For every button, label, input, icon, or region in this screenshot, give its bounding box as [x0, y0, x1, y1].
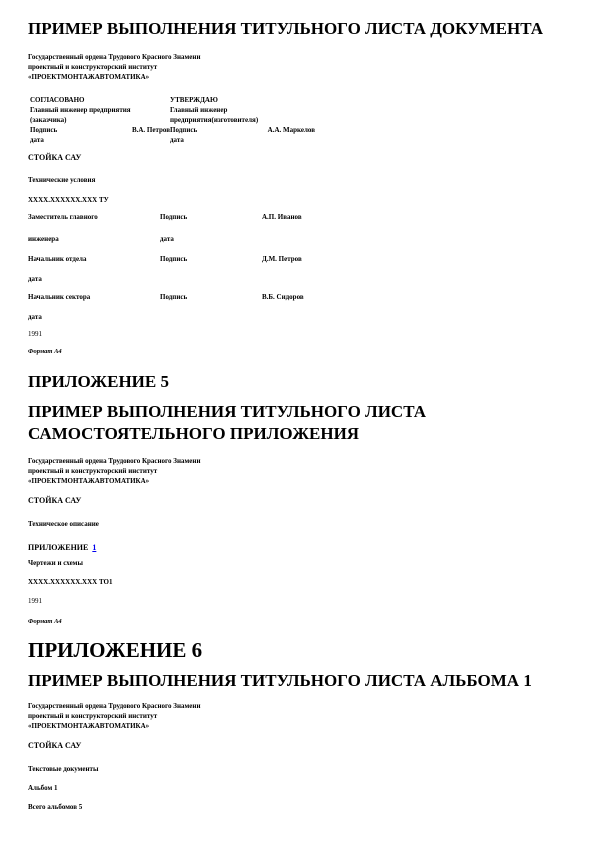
signer-role: Начальник сектора — [28, 293, 90, 301]
agreed-role-line: (заказчика) — [30, 115, 170, 125]
date-label: дата — [170, 135, 315, 145]
appendix5-heading: ПРИЛОЖЕНИЕ 5 — [28, 371, 169, 392]
date-label: дата — [28, 275, 42, 283]
appendix-number-link[interactable]: 1 — [92, 543, 96, 552]
appendix6-heading: ПРИЛОЖЕНИЕ 6 — [28, 638, 202, 663]
signer-role: инженера — [28, 235, 59, 243]
section1-title: ПРИМЕР ВЫПОЛНЕНИЯ ТИТУЛЬНОГО ЛИСТА ДОКУМ… — [28, 18, 543, 39]
doc-code: ХХХХ.ХХХХХХ.ХХХ ТО1 — [28, 577, 113, 587]
date-label: дата — [160, 235, 174, 243]
document-page: ПРИМЕР ВЫПОЛНЕНИЯ ТИТУЛЬНОГО ЛИСТА ДОКУМ… — [0, 0, 595, 842]
appendix-label: ПРИЛОЖЕНИЕ — [28, 543, 88, 552]
agreed-sign-line: Подпись В.А. Петров — [30, 125, 170, 135]
agreed-header: СОГЛАСОВАНО — [30, 95, 170, 105]
institute-line: Государственный ордена Трудового Красног… — [28, 701, 200, 711]
date-label: дата — [30, 135, 170, 145]
year: 1991 — [28, 330, 42, 338]
sign-label: Подпись — [30, 125, 57, 135]
product-name: СТОЙКА САУ — [28, 153, 81, 162]
signer-name: А.П. Иванов — [262, 213, 302, 221]
doc-code: ХХХХ.ХХХХХХ.ХХХ ТУ — [28, 195, 109, 205]
approved-name: А.А. Маркелов — [268, 125, 315, 135]
institute-line: проектный и конструкторский институт — [28, 62, 200, 72]
format-note: Формат А4 — [28, 618, 62, 625]
sign-label: Подпись — [160, 293, 187, 301]
approved-header: УТВЕРЖДАЮ — [170, 95, 315, 105]
contents-note: Чертежи и схемы — [28, 558, 83, 568]
doc-type: Техническое описание — [28, 519, 99, 529]
sign-label: Подпись — [160, 213, 187, 221]
section3-title: ПРИМЕР ВЫПОЛНЕНИЯ ТИТУЛЬНОГО ЛИСТА АЛЬБО… — [28, 670, 532, 691]
institute-line: «ПРОЕКТМОНТАЖАВТОМАТИКА» — [28, 72, 200, 82]
sign-label: Подпись — [160, 255, 187, 263]
albums-total: Всего альбомов 5 — [28, 802, 82, 812]
section1-institute: Государственный ордена Трудового Красног… — [28, 52, 200, 82]
date-label: дата — [28, 313, 42, 321]
institute-line: проектный и конструкторский институт — [28, 466, 200, 476]
product-name: СТОЙКА САУ — [28, 741, 81, 750]
album-number: Альбом 1 — [28, 783, 57, 793]
agreed-block: СОГЛАСОВАНО Главный инженер предприятия … — [30, 95, 170, 145]
approved-block: УТВЕРЖДАЮ Главный инженер предприятия(из… — [170, 95, 315, 145]
agreed-name: В.А. Петров — [132, 125, 170, 135]
format-note: Формат А4 — [28, 348, 62, 355]
signer-role: Заместитель главного — [28, 213, 98, 221]
signature-row: Начальник отдела Подпись Д.М. Петров — [0, 255, 595, 265]
signer-name: Д.М. Петров — [262, 255, 302, 263]
agreed-role-line: Главный инженер предприятия — [30, 105, 170, 115]
signature-row: Начальник сектора Подпись В.Б. Сидоров — [0, 293, 595, 303]
institute-line: Государственный ордена Трудового Красног… — [28, 456, 200, 466]
signature-row: дата — [0, 275, 595, 285]
signature-row: дата — [0, 313, 595, 323]
institute-line: Государственный ордена Трудового Красног… — [28, 52, 200, 62]
signature-row: Заместитель главного Подпись А.П. Иванов — [0, 213, 595, 223]
signer-name: В.Б. Сидоров — [262, 293, 304, 301]
section3-institute: Государственный ордена Трудового Красног… — [28, 701, 200, 731]
section2-institute: Государственный ордена Трудового Красног… — [28, 456, 200, 486]
contents-note: Текстовые документы — [28, 764, 98, 774]
institute-line: проектный и конструкторский институт — [28, 711, 200, 721]
signature-row: инженера дата — [0, 235, 595, 245]
institute-line: «ПРОЕКТМОНТАЖАВТОМАТИКА» — [28, 721, 200, 731]
doc-type: Технические условия — [28, 175, 95, 185]
institute-line: «ПРОЕКТМОНТАЖАВТОМАТИКА» — [28, 476, 200, 486]
section2-title: ПРИМЕР ВЫПОЛНЕНИЯ ТИТУЛЬНОГО ЛИСТА САМОС… — [28, 401, 498, 445]
approved-sign-line: Подпись А.А. Маркелов — [170, 125, 315, 135]
signer-role: Начальник отдела — [28, 255, 86, 263]
appendix-line: ПРИЛОЖЕНИЕ 1 — [28, 537, 96, 555]
year: 1991 — [28, 597, 42, 605]
product-name: СТОЙКА САУ — [28, 496, 81, 505]
approved-role-line: Главный инженер — [170, 105, 315, 115]
sign-label: Подпись — [170, 125, 197, 135]
approved-role-line: предприятия(изготовителя) — [170, 115, 315, 125]
